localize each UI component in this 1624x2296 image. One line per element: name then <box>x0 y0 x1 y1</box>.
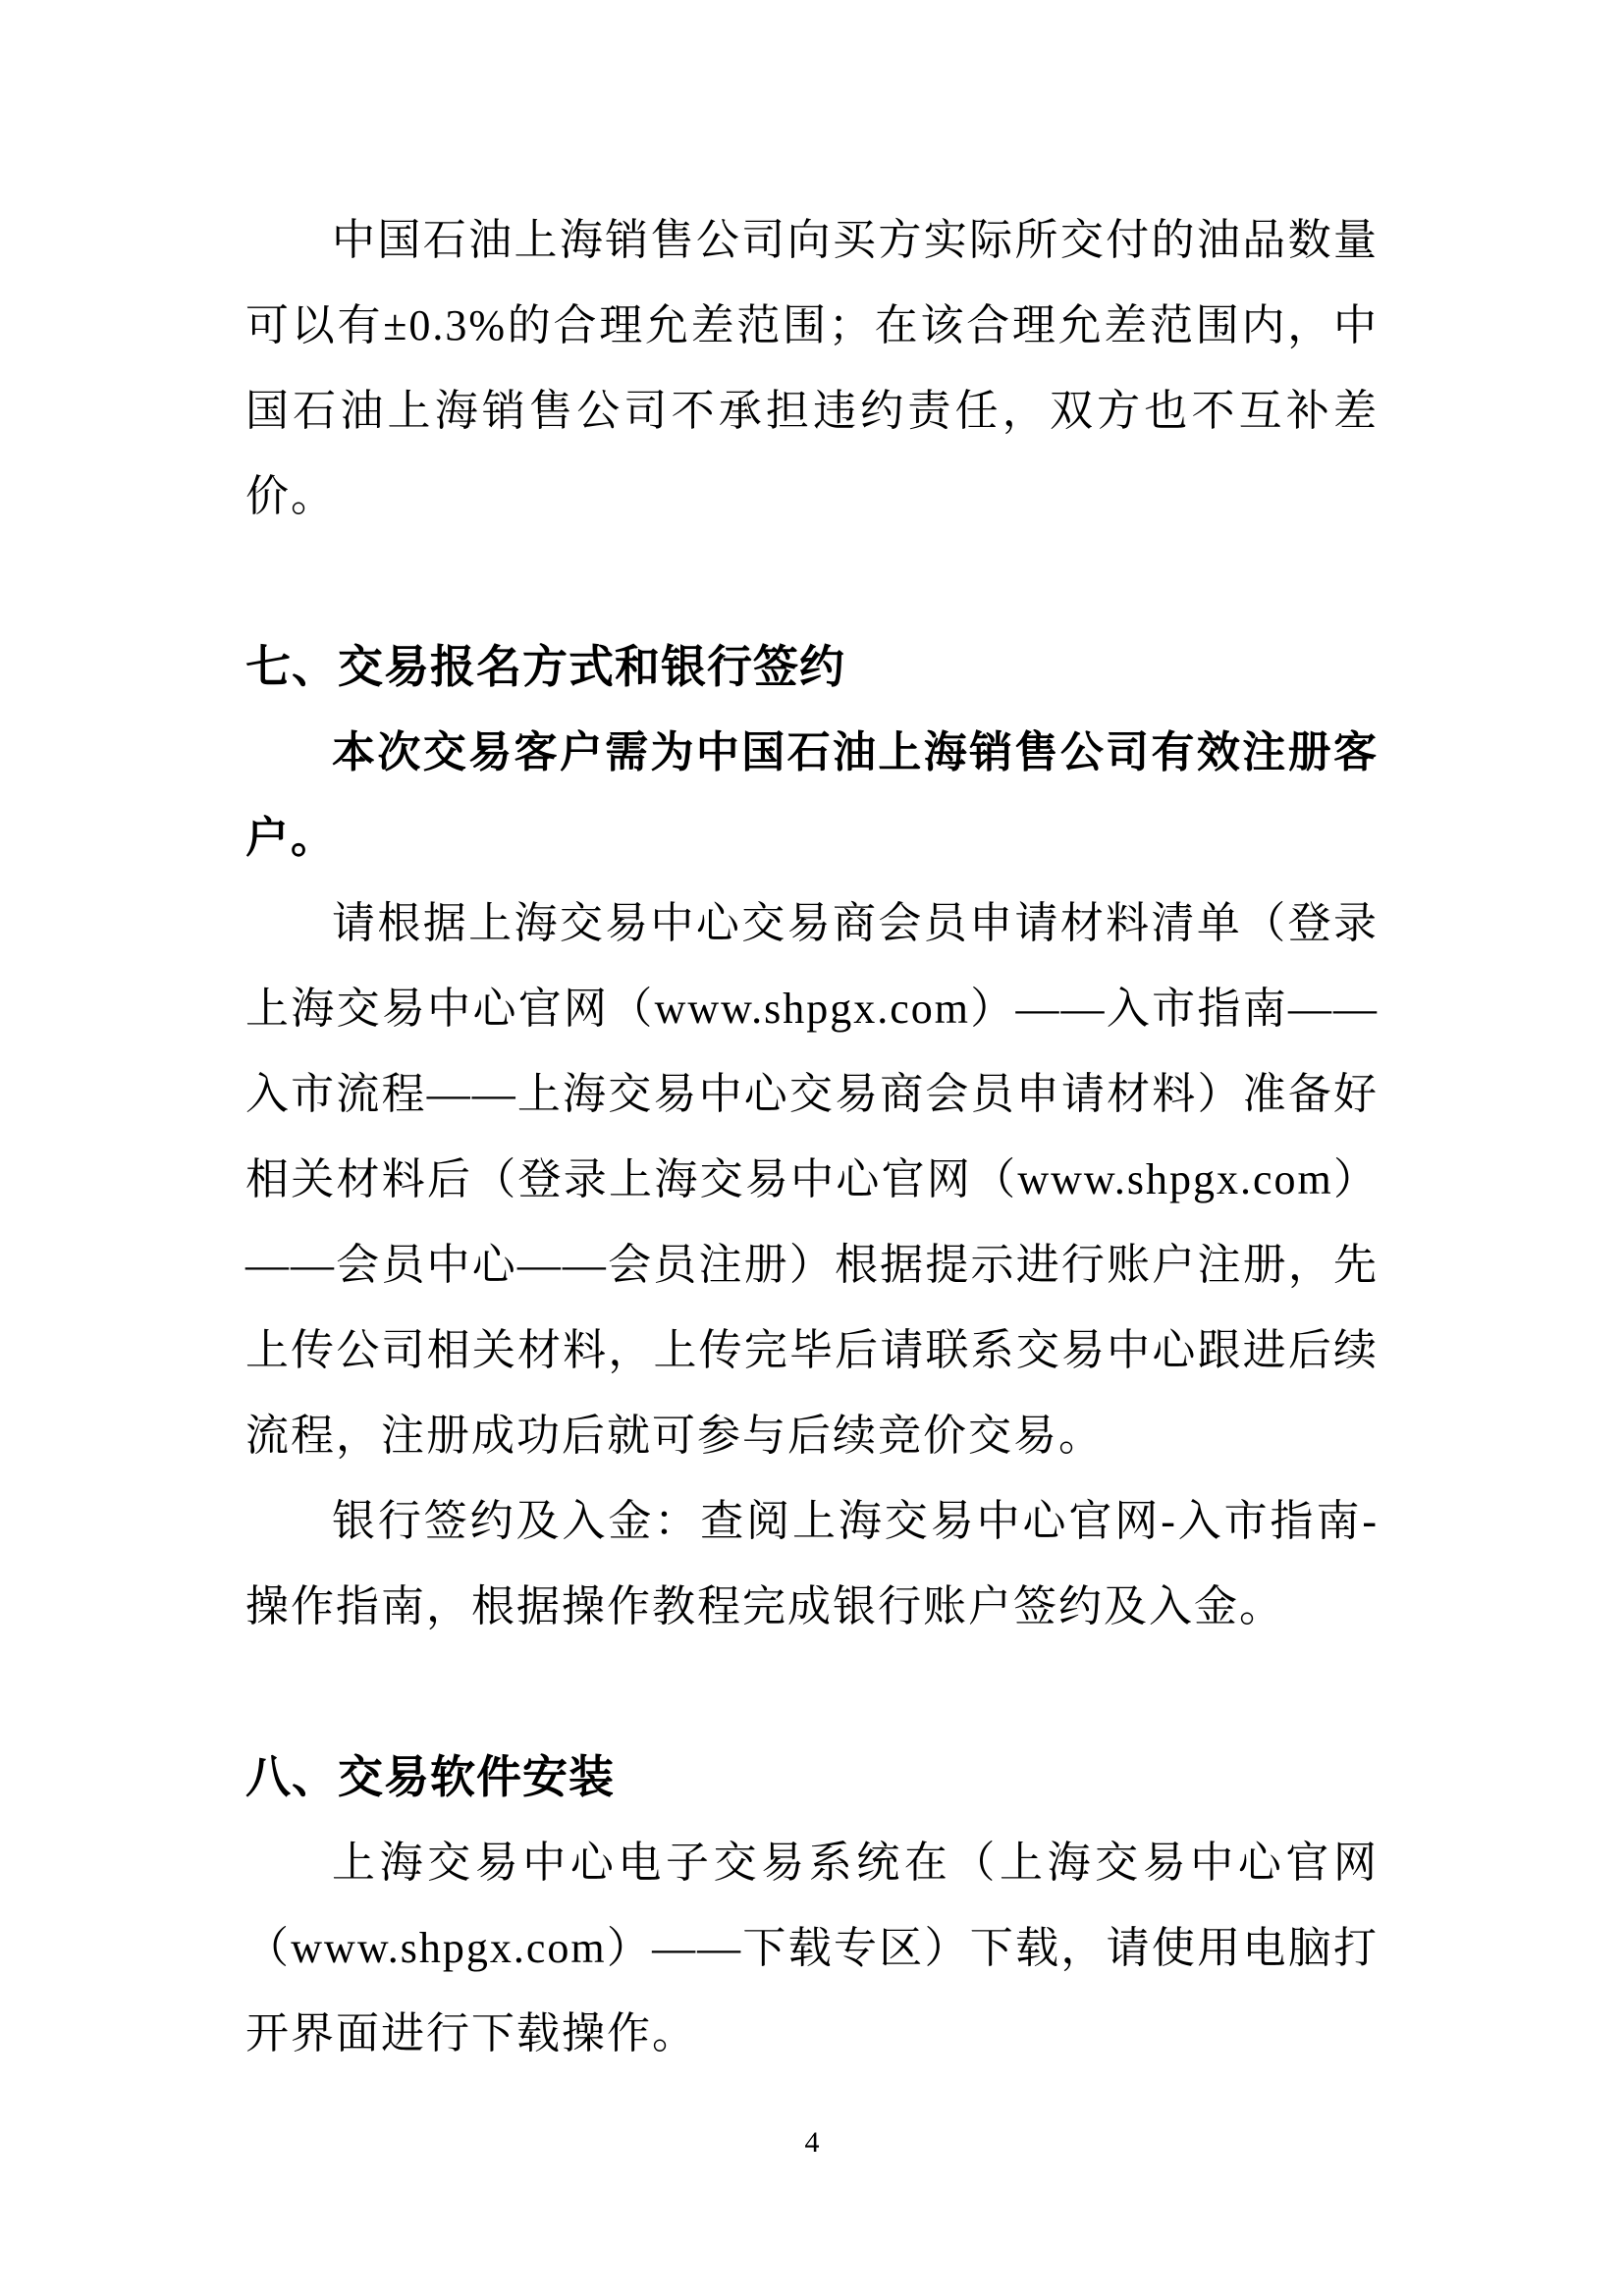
paragraph-registration-process: 请根据上海交易中心交易商会员申请材料清单（登录上海交易中心官网（www.shpg… <box>245 881 1379 1478</box>
paragraph-software-download: 上海交易中心电子交易系统在（上海交易中心官网（www.shpgx.com）——下… <box>245 1820 1379 2076</box>
paragraph-delivery-tolerance: 中国石油上海销售公司向买方实际所交付的油品数量可以有±0.3%的合理允差范围；在… <box>245 197 1379 539</box>
page-number: 4 <box>0 2128 1624 2158</box>
document-body: 中国石油上海销售公司向买方实际所交付的油品数量可以有±0.3%的合理允差范围；在… <box>245 197 1379 2076</box>
section-heading-7-registration-and-bank-signing: 七、交易报名方式和银行签约 <box>245 624 1379 710</box>
document-page: 中国石油上海销售公司向买方实际所交付的油品数量可以有±0.3%的合理允差范围；在… <box>0 0 1624 2296</box>
paragraph-registered-customer-requirement: 本次交易客户需为中国石油上海销售公司有效注册客户。 <box>245 710 1379 881</box>
paragraph-bank-signing-and-deposit: 银行签约及入金：查阅上海交易中心官网-入市指南-操作指南，根据操作教程完成银行账… <box>245 1478 1379 1649</box>
section-heading-8-software-installation: 八、交易软件安装 <box>245 1735 1379 1820</box>
